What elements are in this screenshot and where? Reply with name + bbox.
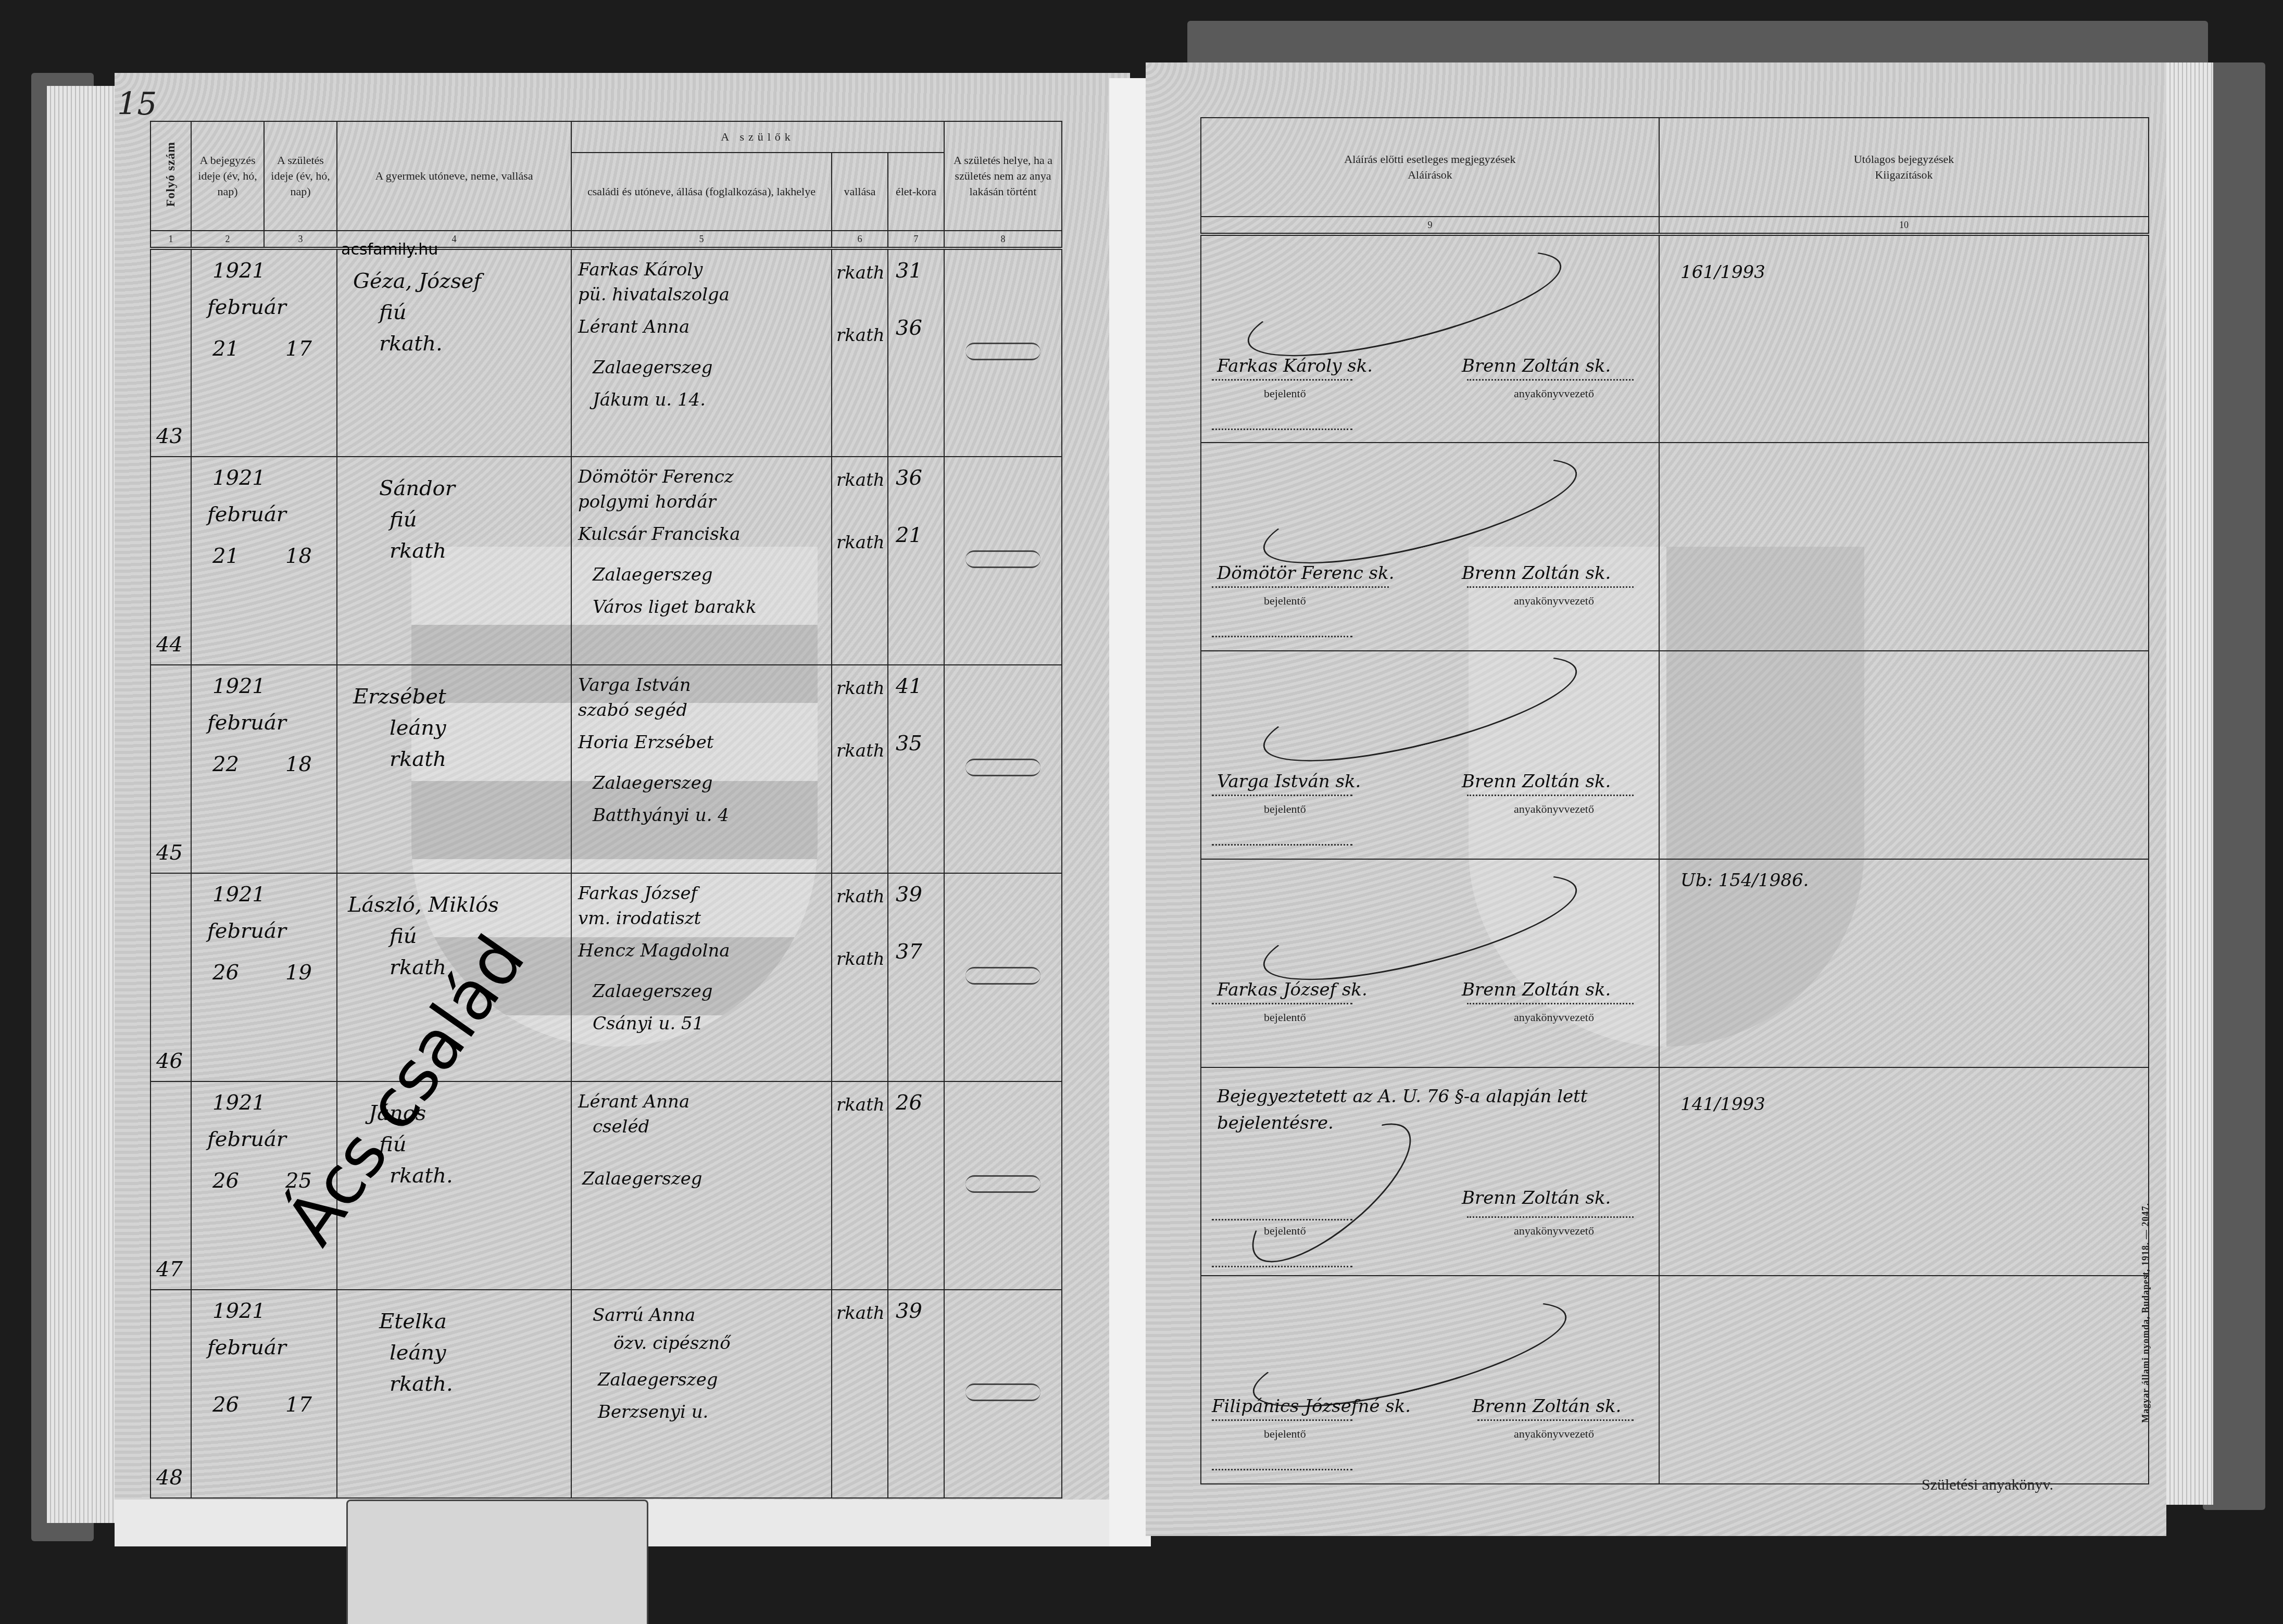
entry-number: 44	[156, 634, 183, 655]
reporter-label: bejelentő	[1264, 594, 1306, 608]
residence-address: Város liget barakk	[572, 585, 831, 618]
header-birth-date: A születés ideje (év, hó, nap)	[264, 121, 337, 231]
birth-day: 18	[285, 754, 312, 775]
child-sex: leány	[337, 1332, 571, 1363]
registrar-line	[1467, 795, 1634, 796]
signature-flourish	[1255, 634, 1585, 783]
father-occupation: pü. hivatalszolga	[572, 280, 831, 305]
page-stack-right	[2166, 62, 2213, 1505]
blank-line-flourish	[965, 967, 1040, 985]
father-occupation: polgymi hordár	[572, 487, 831, 512]
residence-city: Zalaegerszeg	[572, 1354, 831, 1390]
registration-year: 1921	[212, 468, 266, 488]
reporter-line	[1212, 795, 1352, 796]
blank-line-flourish	[965, 759, 1040, 776]
birth-register-table: Folyó szám A bejegyzés ideje (év, hó, na…	[150, 121, 1062, 1499]
header-parents: A szülők	[571, 121, 944, 153]
reporter-label: bejelentő	[1264, 802, 1306, 816]
mother-name: Hencz Magdolna	[572, 929, 831, 961]
child-sex: leány	[337, 707, 571, 738]
header-registration-date: A bejegyzés ideje (év, hó, nap)	[191, 121, 264, 231]
child-religion: rkath.	[337, 323, 571, 354]
child-name: Etelka	[337, 1290, 571, 1332]
father-religion: rkath	[832, 457, 887, 490]
father-age: 31	[888, 250, 944, 281]
residence-address: Jákum u. 14.	[572, 378, 831, 410]
child-name: Sándor	[337, 457, 571, 499]
register-row: 46 1921 február 26 19 László, Miklós fiú…	[150, 873, 1062, 1081]
reporter-line	[1212, 379, 1352, 381]
registration-year: 1921	[212, 884, 266, 905]
col-number: 10	[1659, 217, 2149, 234]
register-row: 48 1921 február 26 17 Etelka leány rkath…	[150, 1290, 1062, 1498]
header-birth-place: A születés helye, ha a születés nem az a…	[944, 121, 1062, 231]
reporter-line-bottom	[1212, 1266, 1352, 1267]
registration-year: 1921	[212, 1092, 266, 1113]
registrar-line	[1467, 1216, 1634, 1218]
child-religion: rkath.	[337, 1363, 571, 1394]
registrar-line	[1467, 379, 1634, 381]
mother-name: Kulcsár Franciska	[572, 512, 831, 545]
mother-age: 35	[888, 697, 944, 754]
mother-religion: rkath	[832, 1290, 887, 1324]
residence-city: Zalaegerszeg	[572, 961, 831, 1002]
reporter-line-bottom	[1212, 429, 1352, 430]
registrar-signature: Brenn Zoltán sk.	[1462, 979, 1611, 1000]
entry-number: 45	[156, 842, 183, 863]
registration-day: 21	[212, 338, 239, 359]
residence-address: Csányi u. 51	[572, 1002, 831, 1034]
mother-religion: rkath	[832, 283, 887, 346]
reporter-line	[1212, 586, 1389, 588]
child-religion: rkath	[337, 530, 571, 561]
header-parent-age: élet-kora	[888, 153, 944, 231]
registrar-label: anyakönyvvezető	[1514, 594, 1594, 608]
father-age: 39	[888, 874, 944, 905]
mother-religion: rkath	[832, 490, 887, 553]
registrar-label: anyakönyvvezető	[1514, 1427, 1594, 1441]
reporter-label: bejelentő	[1264, 1224, 1306, 1238]
birth-day: 18	[285, 546, 312, 566]
mother-age: 37	[888, 905, 944, 962]
father-name: Farkas József	[572, 874, 831, 904]
residence-city: Zalaegerszeg	[572, 753, 831, 794]
reporter-line-bottom	[1212, 636, 1352, 637]
later-entry: Ub: 154/1986.	[1680, 870, 1809, 891]
mother-name: Lérant Anna	[572, 1082, 831, 1112]
registrar-signature: Brenn Zoltán sk.	[1472, 1396, 1621, 1417]
child-name: László, Miklós	[337, 874, 571, 915]
entry-number: 43	[156, 426, 183, 447]
registrar-line	[1467, 1003, 1634, 1004]
header-parent-religion: vallása	[832, 153, 888, 231]
gutter	[1109, 78, 1151, 1546]
later-entry: 141/1993	[1680, 1094, 1765, 1115]
father-religion: rkath	[832, 874, 887, 907]
col-number: 3	[264, 231, 337, 248]
reporter-label: bejelentő	[1264, 1011, 1306, 1024]
pre-signature-remark: Bejegyeztetett az A. U. 76 §-a alapján l…	[1217, 1084, 1644, 1137]
birth-day: 17	[285, 338, 312, 359]
printer-imprint: Magyar állami nyomda, Budapest, 1918. — …	[2140, 1203, 2151, 1423]
entry-number: 46	[156, 1051, 183, 1072]
page-number: 15	[117, 86, 157, 122]
reporter-label: bejelentő	[1264, 1427, 1306, 1441]
birth-day: 17	[285, 1394, 312, 1415]
birth-day: 19	[285, 962, 312, 983]
father-religion: rkath	[832, 250, 887, 283]
registration-year: 1921	[212, 260, 266, 281]
header-parent-name: családi és utóneve, állása (foglalkozása…	[571, 153, 832, 231]
header-later-entries: Utólagos bejegyzések Kiigazítások	[1659, 118, 2149, 217]
registration-year: 1921	[212, 676, 266, 697]
reporter-signature: Dömötör Ferenc sk.	[1217, 563, 1394, 584]
registration-day: 26	[212, 1394, 239, 1415]
registrar-label: anyakönyvvezető	[1514, 1011, 1594, 1024]
col-number: 6	[832, 231, 888, 248]
mother-occupation: cseléd	[572, 1112, 831, 1137]
registration-month: február	[207, 504, 286, 525]
page-stack-left	[47, 86, 115, 1523]
signature-row: Farkas József sk. Brenn Zoltán sk. bejel…	[1201, 859, 2149, 1067]
blank-line-flourish	[965, 343, 1040, 360]
signature-row: Farkas Károly sk. Brenn Zoltán sk. bejel…	[1201, 234, 2149, 443]
register-title: Születési anyakönyv.	[1922, 1476, 2053, 1494]
mother-name: Horia Erzsébet	[572, 721, 831, 753]
header-serial-number: Folyó szám	[150, 121, 191, 231]
child-sex: fiú	[337, 499, 571, 530]
registrar-signature: Brenn Zoltán sk.	[1462, 356, 1611, 376]
blank-line-flourish	[965, 550, 1040, 568]
father-age: 36	[888, 457, 944, 488]
blank-line-flourish	[965, 1383, 1040, 1401]
entry-number: 48	[156, 1467, 183, 1488]
registration-day: 22	[212, 754, 239, 775]
signature-row: Dömötör Ferenc sk. Brenn Zoltán sk. beje…	[1201, 443, 2149, 651]
registration-month: február	[207, 1337, 286, 1358]
registrar-line	[1477, 1419, 1634, 1421]
col-number: 2	[191, 231, 264, 248]
site-watermark: acsfamily.hu	[341, 241, 438, 259]
father-name: Varga István	[572, 665, 831, 696]
mother-religion: rkath	[832, 699, 887, 761]
signature-row: Bejegyeztetett az A. U. 76 §-a alapján l…	[1201, 1067, 2149, 1276]
child-sex: fiú	[337, 292, 571, 323]
reporter-signature: Varga István sk.	[1217, 771, 1361, 792]
residence-city: Zalaegerszeg	[572, 1137, 831, 1189]
registration-month: február	[207, 712, 286, 733]
mother-religion: rkath	[832, 1082, 887, 1115]
residence-address: Batthyányi u. 4	[572, 794, 831, 826]
reporter-label: bejelentő	[1264, 387, 1306, 400]
mother-religion: rkath	[832, 907, 887, 970]
reporter-line	[1212, 1219, 1352, 1220]
later-entry: 161/1993	[1680, 262, 1765, 283]
register-row: 44 1921 február 21 18 Sándor fiú rkath D…	[150, 457, 1062, 665]
mother-age: 26	[888, 1082, 944, 1113]
child-sex: fiú	[337, 915, 571, 947]
reporter-line-bottom	[1212, 844, 1352, 846]
signature-row: Varga István sk. Brenn Zoltán sk. bejele…	[1201, 651, 2149, 859]
mother-occupation: özv. cipésznő	[572, 1326, 831, 1354]
residence-city: Zalaegerszeg	[572, 337, 831, 378]
bookmark-tab	[346, 1500, 648, 1624]
registrar-signature: Brenn Zoltán sk.	[1462, 563, 1611, 584]
register-row: 43 1921 február 21 17 Géza, József fiú r…	[150, 248, 1062, 457]
col-number: 7	[888, 231, 944, 248]
child-religion: rkath	[337, 738, 571, 770]
register-row: 45 1921 február 22 18 Erzsébet leány rka…	[150, 665, 1062, 873]
col-number: 9	[1201, 217, 1659, 234]
register-row: 47 1921 február 26 25 János fiú rkath. L…	[150, 1081, 1062, 1290]
residence-address: Berzsenyi u.	[572, 1390, 831, 1422]
registration-year: 1921	[212, 1301, 266, 1321]
registrar-label: anyakönyvvezető	[1514, 1224, 1594, 1238]
blank-line-flourish	[965, 1175, 1040, 1193]
child-name: Erzsébet	[337, 665, 571, 707]
reporter-signature: Filipánics Józsefné sk.	[1212, 1396, 1411, 1417]
father-occupation: vm. irodatiszt	[572, 904, 831, 929]
registration-month: február	[207, 1129, 286, 1150]
reporter-signature: Farkas József sk.	[1217, 979, 1368, 1000]
registrar-label: anyakönyvvezető	[1514, 802, 1594, 816]
header-remarks-signatures: Aláírás előtti esetleges megjegyzések Al…	[1201, 118, 1659, 217]
mother-name: Lérant Anna	[572, 305, 831, 337]
registration-day: 26	[212, 1170, 239, 1191]
father-age: 41	[888, 665, 944, 697]
residence-city: Zalaegerszeg	[572, 545, 831, 585]
col-number: 8	[944, 231, 1062, 248]
entry-number: 47	[156, 1259, 183, 1280]
signature-row: Filipánics Józsefné sk. Brenn Zoltán sk.…	[1201, 1276, 2149, 1484]
registrar-label: anyakönyvvezető	[1514, 387, 1594, 400]
father-religion: rkath	[832, 665, 887, 699]
mother-age: 21	[888, 488, 944, 546]
father-occupation: szabó segéd	[572, 696, 831, 721]
reporter-line-bottom	[1212, 1469, 1352, 1470]
mother-name: Sarrú Anna	[572, 1290, 831, 1326]
reporter-line	[1212, 1003, 1352, 1004]
registration-month: február	[207, 297, 286, 318]
mother-age: 39	[888, 1290, 944, 1321]
col-number: 1	[150, 231, 191, 248]
reporter-line	[1212, 1419, 1352, 1421]
mother-age: 36	[888, 281, 944, 338]
registration-day: 26	[212, 962, 239, 983]
registration-day: 21	[212, 546, 239, 566]
father-name: Dömötör Ferencz	[572, 457, 831, 487]
header-child: A gyermek utóneve, neme, vallása	[337, 121, 571, 231]
col-number: 5	[571, 231, 832, 248]
registrar-signature: Brenn Zoltán sk.	[1462, 771, 1611, 792]
registrar-line	[1467, 586, 1634, 588]
registration-month: február	[207, 921, 286, 941]
reporter-signature: Farkas Károly sk.	[1217, 356, 1373, 376]
registrar-signature: Brenn Zoltán sk.	[1462, 1188, 1611, 1208]
father-name: Farkas Károly	[572, 250, 831, 280]
signatures-table: Aláírás előtti esetleges megjegyzések Al…	[1200, 117, 2149, 1484]
